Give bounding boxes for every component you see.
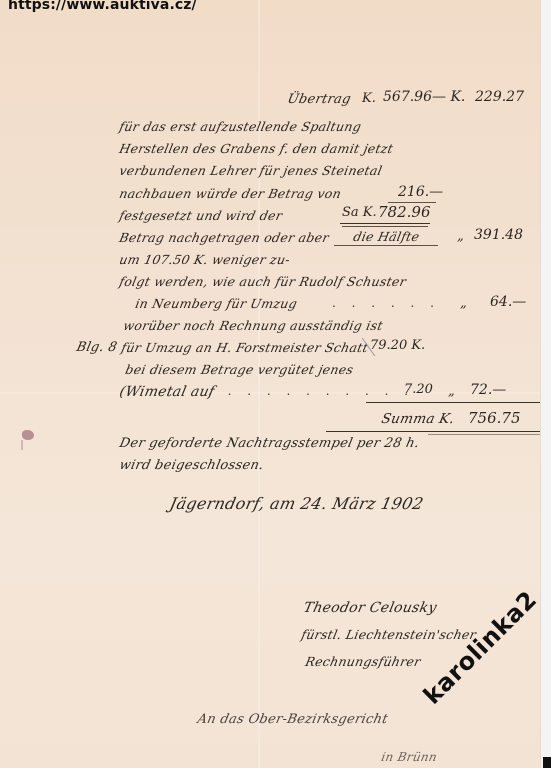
wimetal-total: 72.— xyxy=(470,382,506,398)
ink-stain-drip xyxy=(21,440,23,450)
body-line: verbundenen Lehrer für jenes Steinetal xyxy=(118,163,384,178)
place-date: Jägerndorf, am 24. März 1902 xyxy=(168,494,425,513)
summa-rule xyxy=(326,431,540,432)
leader-dots: . . . . . . xyxy=(332,296,440,310)
body-line: Herstellen des Grabens f. den damit jetz… xyxy=(118,141,395,156)
double-underline xyxy=(342,226,428,227)
addressee: An das Ober-Bezirksgericht xyxy=(196,712,389,727)
body-line: in Neumberg für Umzug xyxy=(134,296,299,311)
underline xyxy=(334,245,438,246)
header-k1-label: K. xyxy=(362,91,376,106)
source-url: https://www.auktiva.cz/ xyxy=(8,0,197,13)
leader-dots: . . . . . . . . . . . xyxy=(208,384,414,398)
scan-corner xyxy=(543,757,551,768)
body-line: (Wimetal auf xyxy=(118,384,216,400)
body-line: für das erst aufzustellende Spaltung xyxy=(118,119,363,134)
scan-background-strip xyxy=(540,0,551,768)
umzug-prefix: „ xyxy=(460,296,467,311)
amount-build: 216.— xyxy=(398,184,443,200)
body-line: festgesetzt und wird der xyxy=(118,208,284,223)
underline xyxy=(340,223,430,224)
addressee-line-2: in Brünn xyxy=(380,750,439,764)
margin-note: Blg. 8 xyxy=(75,340,119,355)
half-label: die Hälfte xyxy=(352,229,421,244)
umzug-value: 64.— xyxy=(490,294,526,310)
header-k1-value: 567.96 xyxy=(383,89,432,105)
body-line: Betrag nachgetragen oder aber xyxy=(118,230,330,245)
summa-rule-2 xyxy=(428,434,540,435)
summa-label: Summa K. xyxy=(380,411,456,427)
total-rule xyxy=(366,402,540,403)
header-uebertrag: Übertrag xyxy=(286,92,352,107)
wimetal-value: 7.20 xyxy=(404,382,433,397)
header-k2-value: 229.27 xyxy=(475,89,524,105)
sum-label: Sa K. xyxy=(342,205,377,220)
half-prefix: „ xyxy=(457,229,464,244)
body-line: nachbauen würde der Betrag von xyxy=(118,186,343,201)
body-line: bei diesem Betrage vergütet jenes xyxy=(124,362,355,377)
signature-name: Theodor Celousky xyxy=(302,600,438,616)
signature-title-2: Rechnungsführer xyxy=(304,654,422,669)
wimetal-prefix: „ xyxy=(448,384,455,399)
closing-line: Der geforderte Nachtragsstempel per 28 h… xyxy=(118,436,421,451)
signature-title-1: fürstl. Liechtenstein'scher xyxy=(300,627,478,642)
ink-stain xyxy=(22,430,34,440)
body-line: für Umzug an H. Forstmeister Schatt xyxy=(120,340,370,355)
sum-value: 782.96 xyxy=(378,203,431,221)
body-line: folgt werden, wie auch für Rudolf Schust… xyxy=(118,274,408,289)
closing-line: wird beigeschlossen. xyxy=(118,458,265,473)
half-value: 391.48 xyxy=(474,227,523,243)
body-line: worüber noch Rechnung ausständig ist xyxy=(122,318,384,333)
body-line: um 107.50 K. weniger zu- xyxy=(118,252,292,267)
summa-value: 756.75 xyxy=(468,409,521,427)
schatt-value: 79.20 K. xyxy=(370,338,425,353)
header-k2-label: — K. xyxy=(432,89,465,105)
